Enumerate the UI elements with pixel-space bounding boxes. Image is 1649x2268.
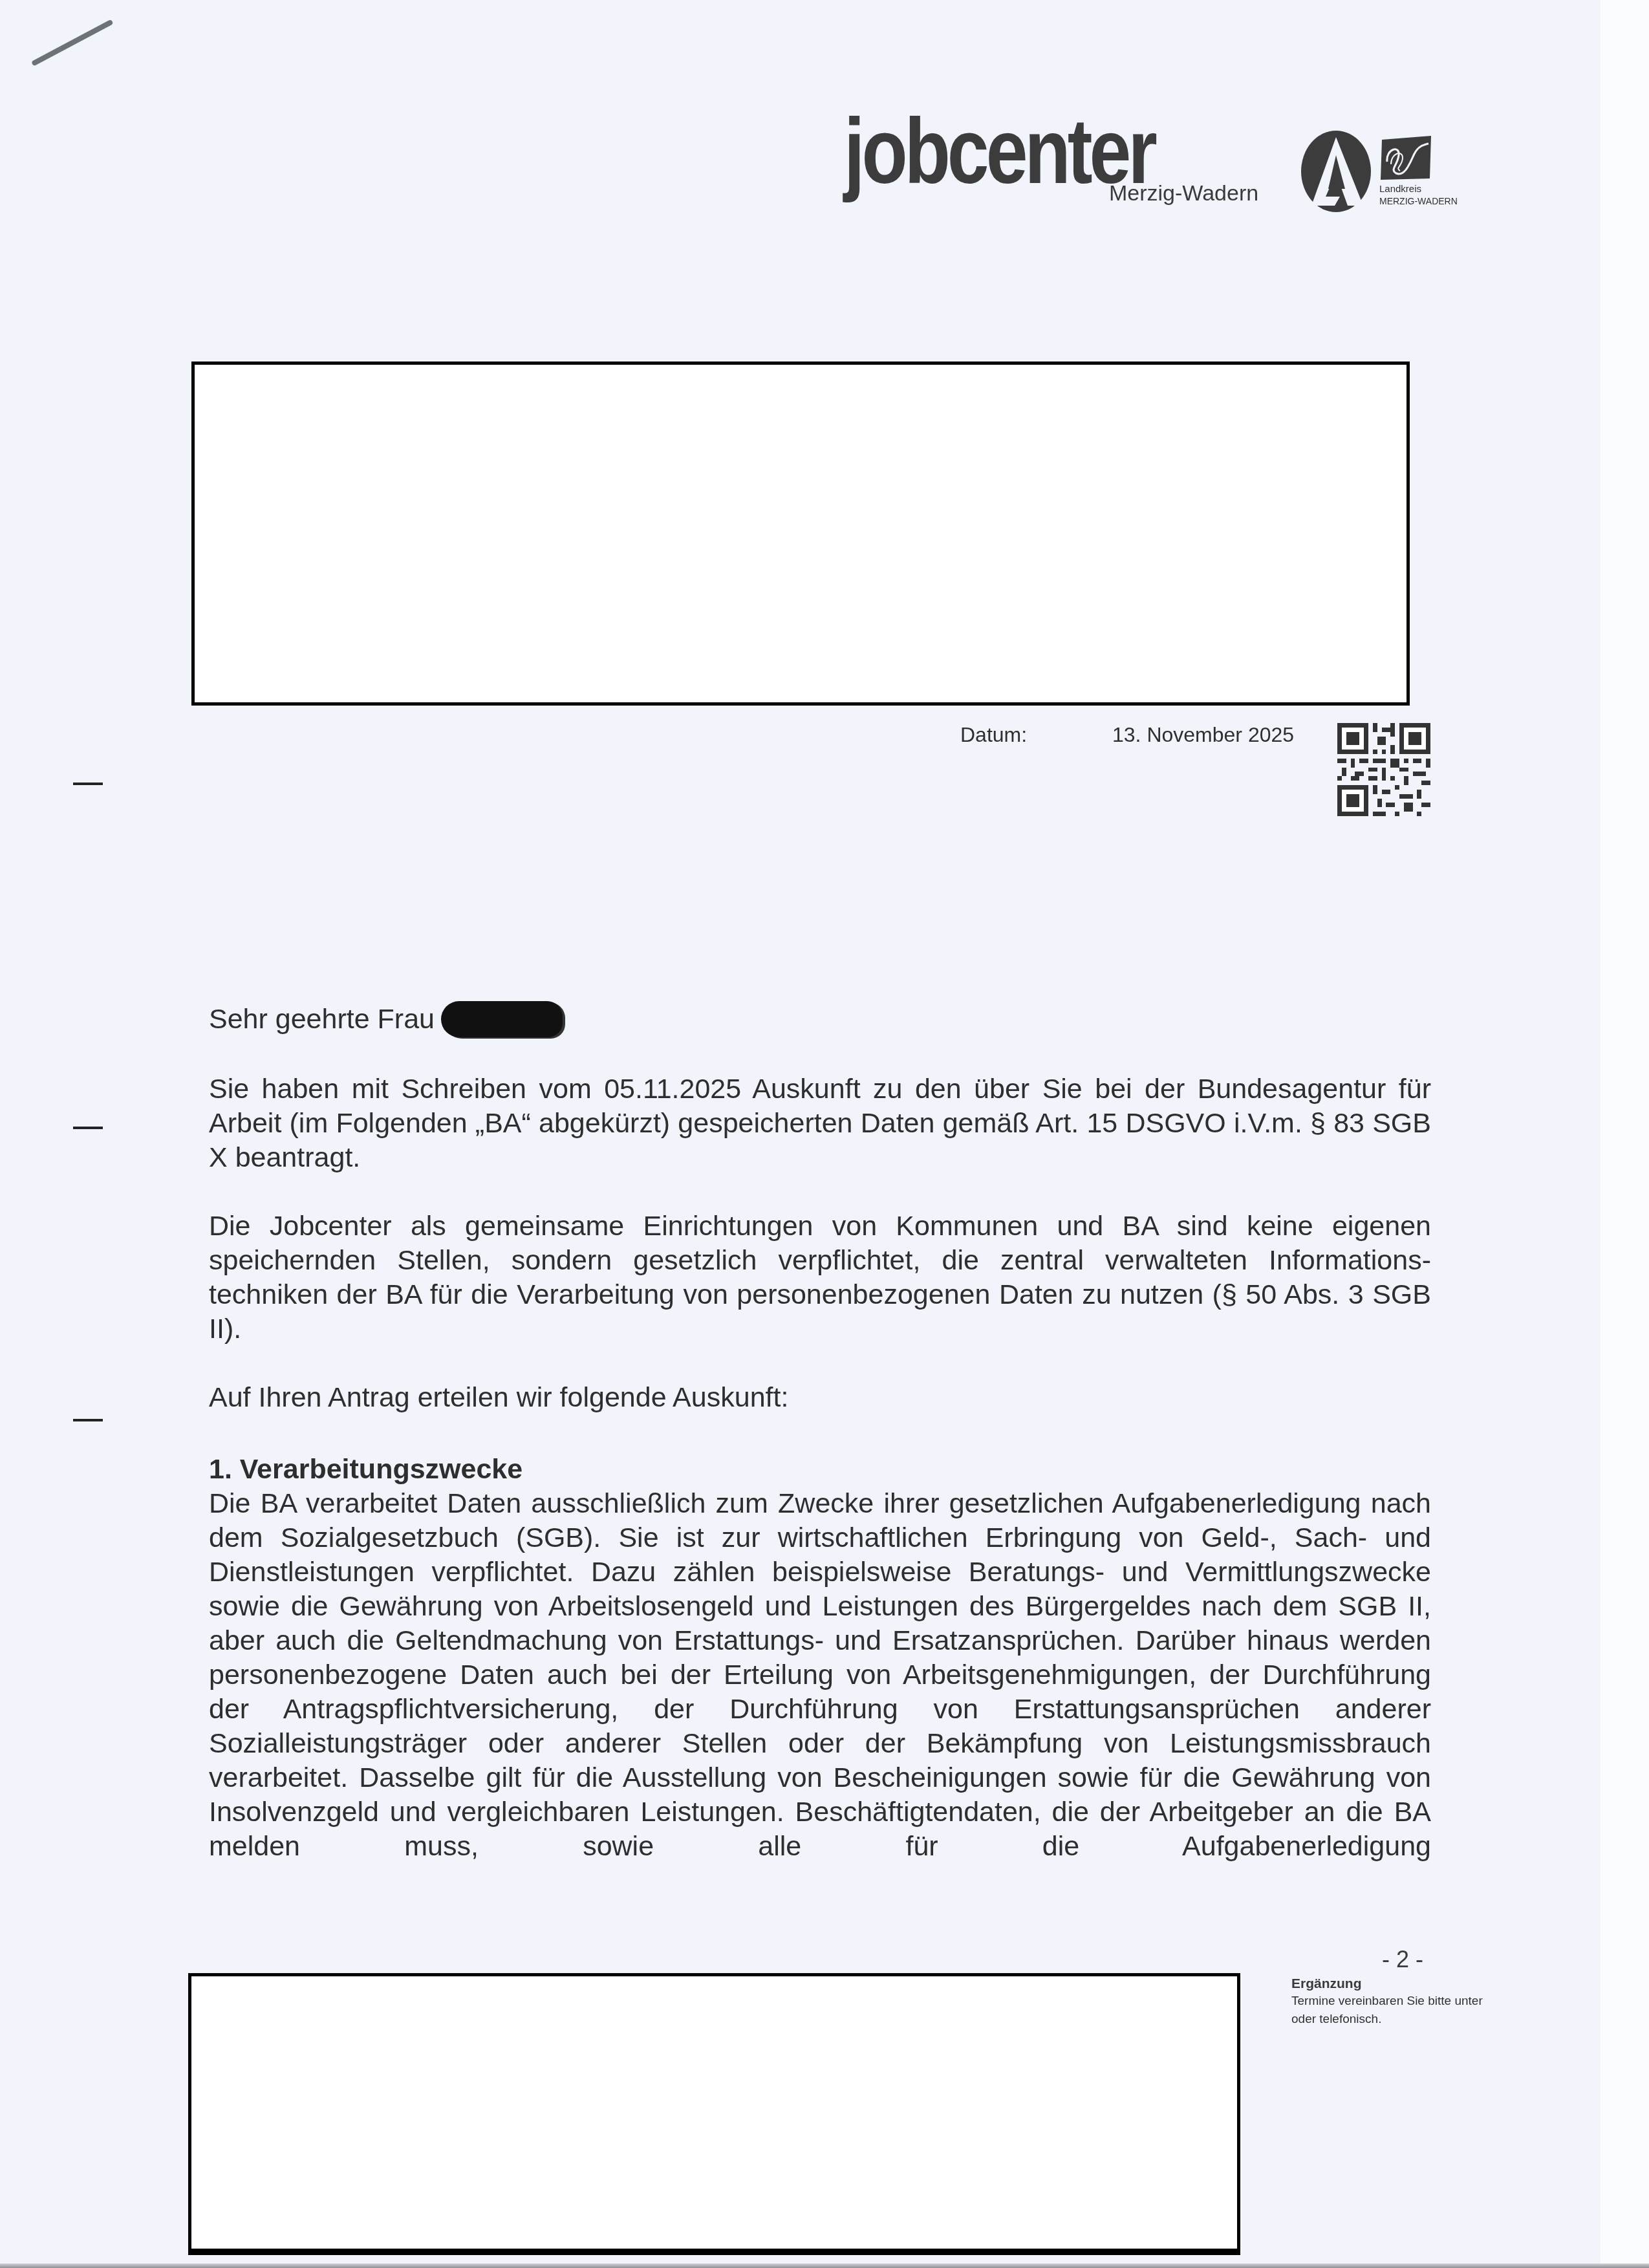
date-label: Datum:: [960, 723, 1027, 747]
redacted-address-block: [191, 362, 1410, 706]
fold-mark: [73, 783, 103, 785]
section-title: 1. Verarbeitungszwecke: [209, 1453, 1431, 1487]
punch-mark: [73, 1127, 103, 1129]
fold-mark: [73, 1419, 103, 1421]
paragraph-jobcenter-role: Die Jobcenter als gemeinsame Einrichtung…: [209, 1209, 1431, 1346]
landkreis-label: Landkreis MERZIG-WADERN: [1379, 183, 1458, 208]
section-text: Die BA verarbeitet Daten ausschließlich …: [209, 1487, 1431, 1864]
landkreis-river-icon: [1381, 136, 1432, 180]
qr-code-icon: [1337, 723, 1430, 816]
logo-wordmark: jobcenter: [844, 99, 1154, 205]
page-indicator: - 2 -: [1382, 1946, 1423, 1973]
side-note-title: Ergänzung: [1291, 1976, 1563, 1993]
jobcenter-logo: jobcenter Merzig-Wadern Landkreis MERZIG…: [844, 113, 1491, 217]
redacted-name: [441, 1001, 563, 1037]
letter-body: Sehr geehrte Frau Sie haben mit Schreibe…: [209, 1001, 1431, 1864]
paragraph-request: Sie haben mit Schreiben vom 05.11.2025 A…: [209, 1072, 1431, 1175]
scan-edge: [0, 2263, 1649, 2268]
side-note: Ergänzung Termine vereinbaren Sie bitte …: [1291, 1976, 1563, 2029]
salutation: Sehr geehrte Frau: [209, 1001, 1431, 1037]
logo-location: Merzig-Wadern: [1109, 181, 1258, 206]
paragraph-intro: Auf Ihren Antrag erteilen wir folgende A…: [209, 1381, 1431, 1415]
side-note-text-line: oder telefonisch.: [1291, 2011, 1563, 2029]
side-note-text-line: Termine vereinbaren Sie bitte unter: [1291, 1993, 1563, 2011]
redacted-footer-block: [188, 1973, 1240, 2255]
arbeitsagentur-a-icon: [1300, 129, 1372, 213]
date-value: 13. November 2025: [1112, 723, 1294, 747]
